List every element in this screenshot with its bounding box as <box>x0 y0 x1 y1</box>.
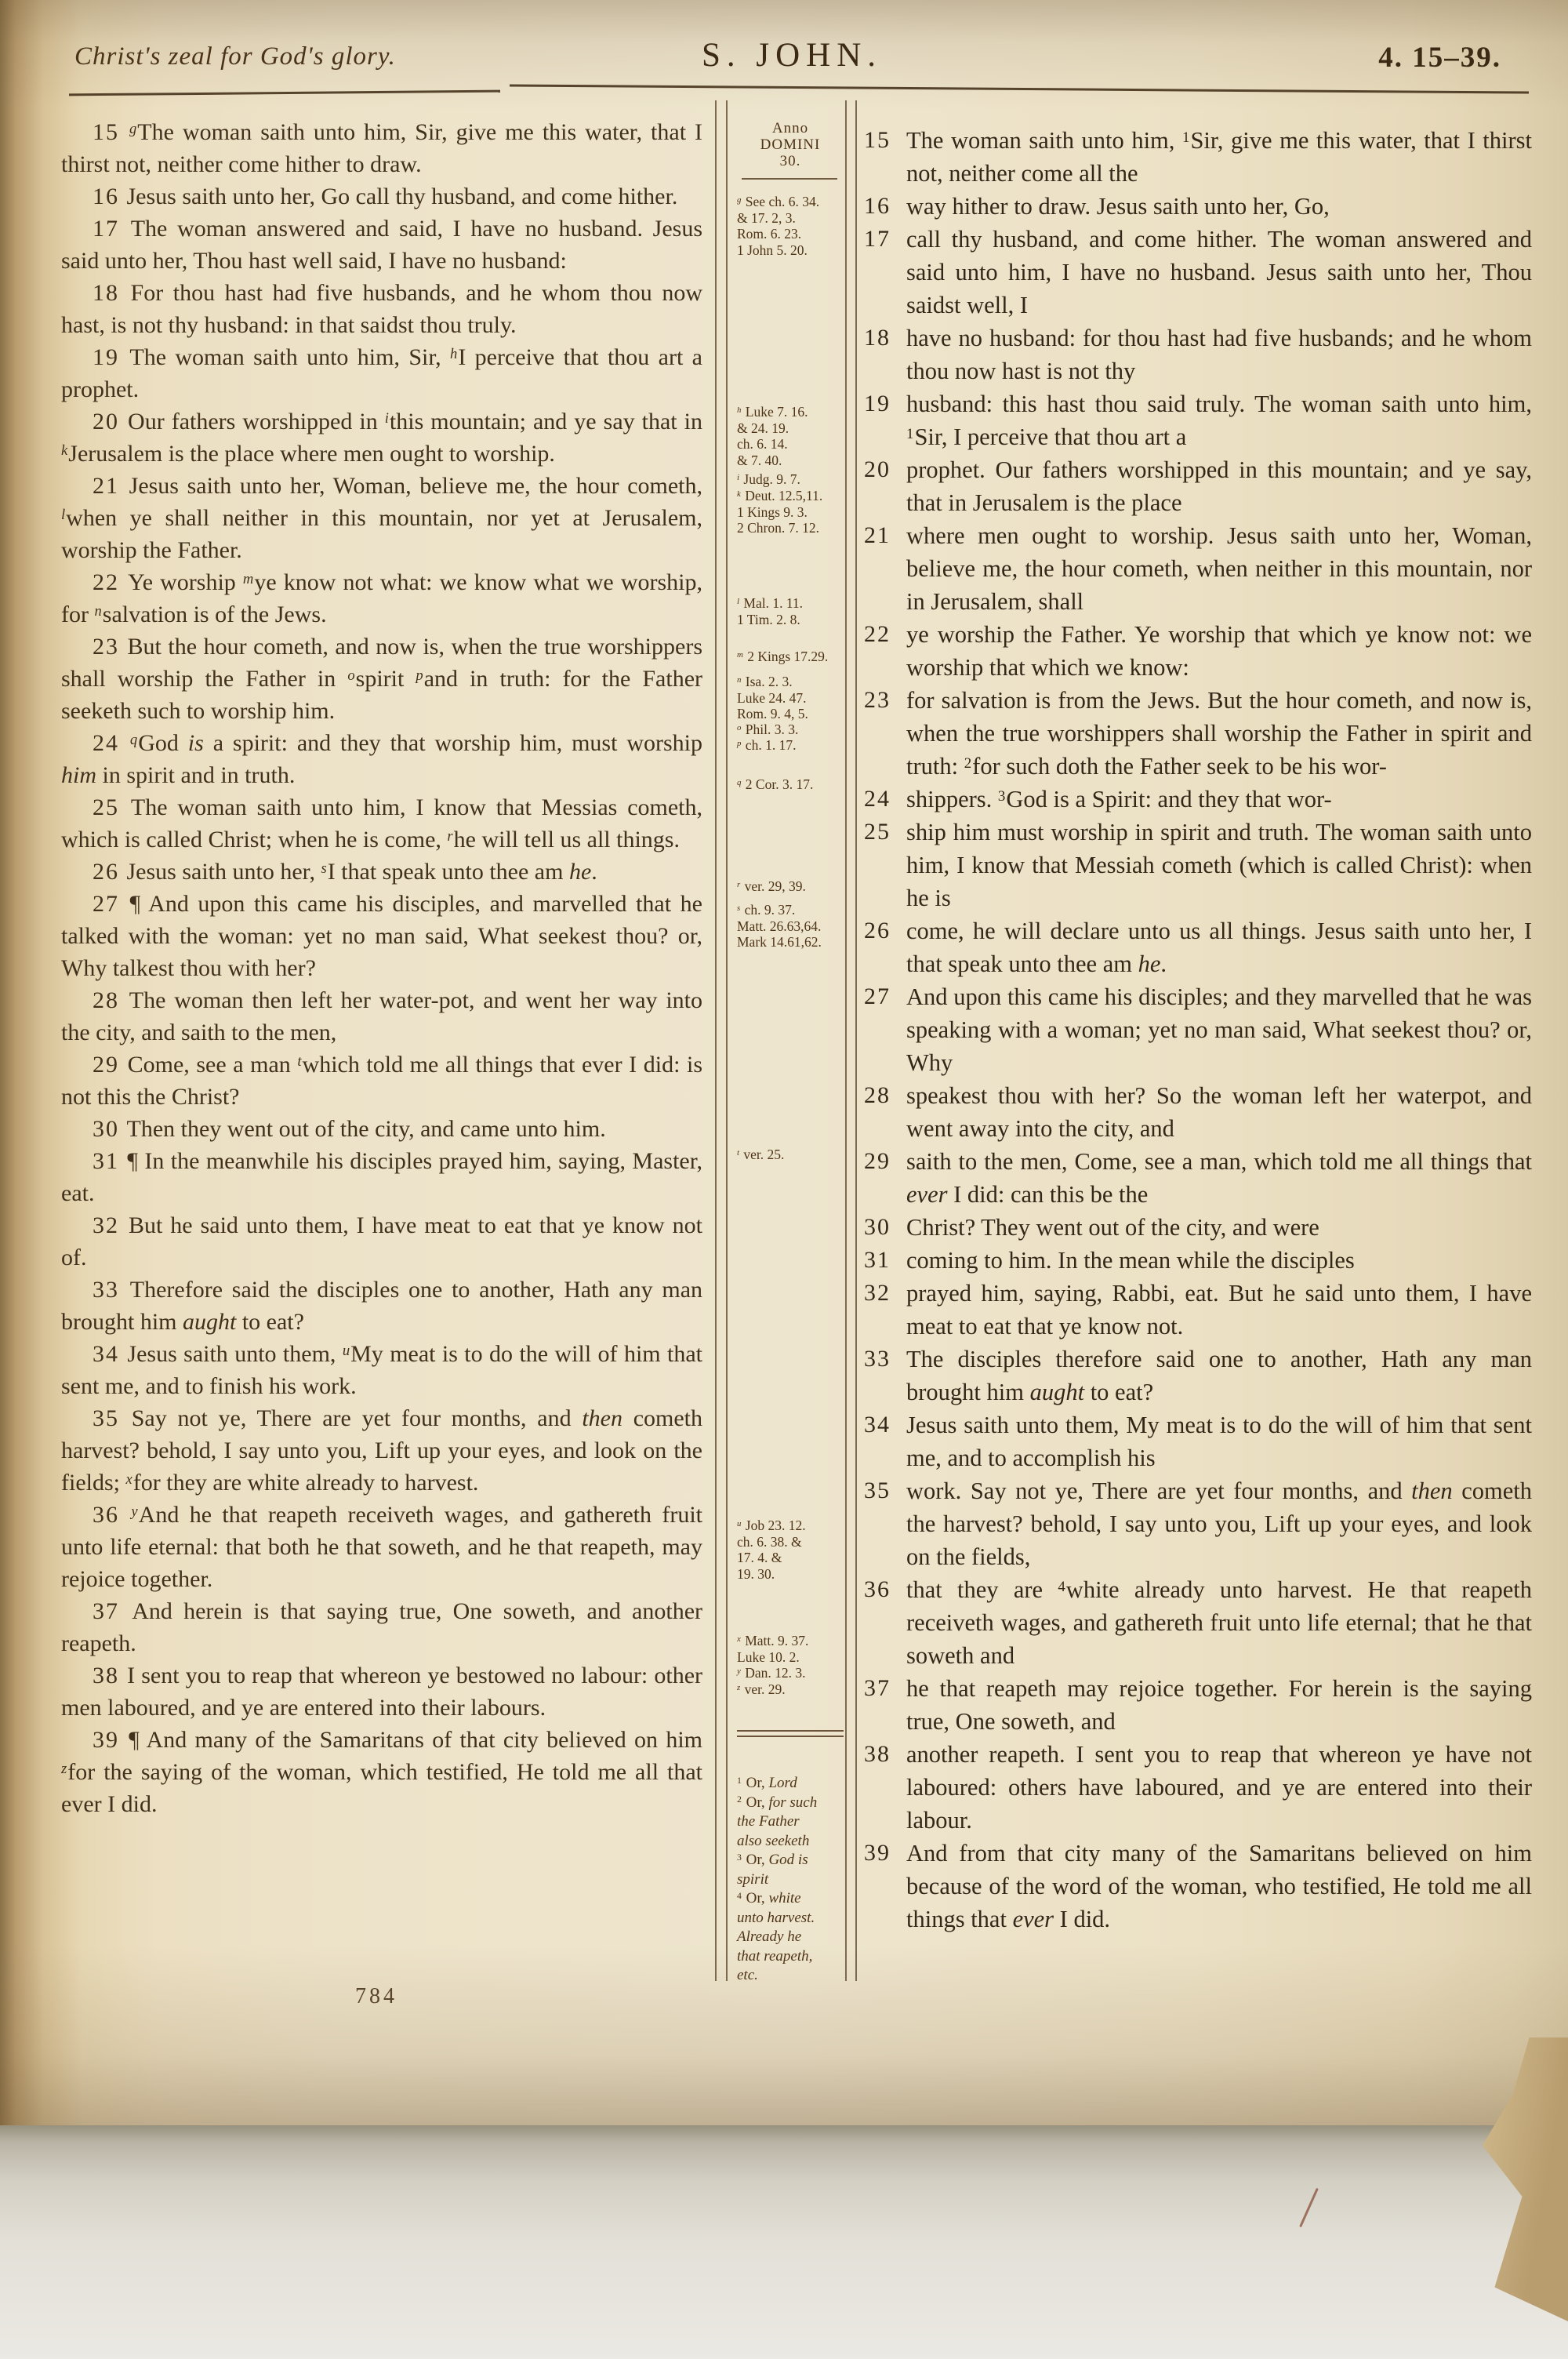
verse-number: 22 <box>864 618 906 651</box>
cross-reference-group: u Job 23. 12. ch. 6. 38. & 17. 4. & 19. … <box>737 1518 851 1582</box>
rv-verse-18: 18have no husband: for thou hast had fiv… <box>864 322 1532 387</box>
kjv-verse-29: 29 Come, see a man twhich told me all th… <box>61 1049 702 1113</box>
verse-text: saith to the men, Come, see a man, which… <box>906 1145 1532 1211</box>
rv-verse-23: 23for salvation is from the Jews. But th… <box>864 684 1532 783</box>
verse-number: 27 <box>93 891 130 917</box>
verse-number: 38 <box>93 1663 127 1688</box>
verse-number: 30 <box>864 1211 906 1244</box>
verse-text: The woman saith unto him, 1Sir, give me … <box>906 124 1532 190</box>
cross-reference-group: i Judg. 9. 7. <box>737 471 851 488</box>
verse-number: 28 <box>93 987 129 1013</box>
kjv-verse-23: 23 But the hour cometh, and now is, when… <box>61 631 702 727</box>
notes-divider-rule <box>737 1736 844 1737</box>
kjv-verse-38: 38 I sent you to reap that whereon ye be… <box>61 1659 702 1724</box>
kjv-verse-28: 28 The woman then left her water-pot, an… <box>61 984 702 1049</box>
kjv-verse-20: 20 Our fathers worshipped in ithis mount… <box>61 405 702 470</box>
verse-number: 26 <box>93 859 127 885</box>
verse-number: 25 <box>93 794 131 820</box>
kjv-verse-15: 15 gThe woman saith unto him, Sir, give … <box>61 116 702 180</box>
verse-number: 39 <box>864 1837 906 1870</box>
verse-number: 16 <box>864 190 906 223</box>
rv-verse-30: 30Christ? They went out of the city, and… <box>864 1211 1532 1244</box>
verse-number: 23 <box>93 634 128 660</box>
kjv-verse-35: 35 Say not ye, There are yet four months… <box>61 1402 702 1499</box>
verse-number: 37 <box>93 1598 132 1624</box>
verse-number: 15 <box>93 119 129 145</box>
verse-number: 30 <box>93 1116 127 1142</box>
rv-verse-22: 22ye worship the Father. Ye worship that… <box>864 618 1532 684</box>
kjv-verse-25: 25 The woman saith unto him, I know that… <box>61 791 702 856</box>
header-rule <box>510 84 1529 93</box>
running-head-left: Christ's zeal for God's glory. <box>74 42 396 71</box>
verse-number: 33 <box>93 1277 130 1303</box>
verse-text: work. Say not ye, There are yet four mon… <box>906 1474 1532 1573</box>
kjv-verse-24: 24 qGod is a spirit: and they that worsh… <box>61 727 702 791</box>
verse-number: 37 <box>864 1672 906 1705</box>
translator-notes: 1 Or, Lord 2 Or, for such the Father als… <box>737 1774 851 1986</box>
verse-text: way hither to draw. Jesus saith unto her… <box>906 190 1532 223</box>
verse-text: another reapeth. I sent you to reap that… <box>906 1738 1532 1837</box>
rv-verse-15: 15The woman saith unto him, 1Sir, give m… <box>864 124 1532 190</box>
rv-verse-38: 38another reapeth. I sent you to reap th… <box>864 1738 1532 1837</box>
rv-verse-31: 31coming to him. In the mean while the d… <box>864 1244 1532 1277</box>
rv-verse-26: 26come, he will declare unto us all thin… <box>864 914 1532 980</box>
anno-domini-label: Anno DOMINI 30. <box>735 120 845 169</box>
verse-number: 24 <box>93 730 130 756</box>
verse-number: 29 <box>864 1145 906 1178</box>
rv-verse-34: 34Jesus saith unto them, My meat is to d… <box>864 1408 1532 1474</box>
rv-verse-39: 39And from that city many of the Samarit… <box>864 1837 1532 1936</box>
verse-text: And upon this came his disciples; and th… <box>906 980 1532 1079</box>
kjv-verse-34: 34 Jesus saith unto them, uMy meat is to… <box>61 1338 702 1402</box>
anno-rule <box>742 178 837 180</box>
verse-text: shippers. 3God is a Spirit: and they tha… <box>906 783 1532 816</box>
verse-number: 32 <box>93 1212 129 1238</box>
cross-reference-group: m 2 Kings 17.29. <box>737 649 851 665</box>
column-divider <box>726 100 728 1981</box>
verse-number: 39 <box>93 1727 129 1753</box>
verse-text: husband: this hast thou said truly. The … <box>906 387 1532 453</box>
kjv-verse-31: 31 ¶ In the meanwhile his disciples pray… <box>61 1145 702 1209</box>
verse-number: 22 <box>93 569 128 595</box>
rv-verse-19: 19husband: this hast thou said truly. Th… <box>864 387 1532 453</box>
rv-verse-27: 27And upon this came his disciples; and … <box>864 980 1532 1079</box>
verse-text: Christ? They went out of the city, and w… <box>906 1211 1532 1244</box>
kjv-verse-17: 17 The woman answered and said, I have n… <box>61 213 702 277</box>
verse-number: 36 <box>93 1502 131 1528</box>
cross-reference-group: p ch. 1. 17. <box>737 737 851 754</box>
verse-text: And from that city many of the Samaritan… <box>906 1837 1532 1936</box>
cross-reference-group: x Matt. 9. 37. Luke 10. 2. y Dan. 12. 3.… <box>737 1633 851 1697</box>
cross-reference-group: o Phil. 3. 3. <box>737 722 851 738</box>
verse-number: 34 <box>93 1341 127 1367</box>
verse-number: 24 <box>864 783 906 816</box>
verse-number: 32 <box>864 1277 906 1310</box>
notes-divider-rule <box>737 1730 844 1732</box>
cross-reference-group: s ch. 9. 37. Matt. 26.63,64. Mark 14.61,… <box>737 902 851 951</box>
verse-number: 21 <box>864 519 906 552</box>
verse-number: 27 <box>864 980 906 1013</box>
verse-number: 16 <box>93 184 127 209</box>
rv-verse-17: 17call thy husband, and come hither. The… <box>864 223 1532 322</box>
kjv-verse-26: 26 Jesus saith unto her, sI that speak u… <box>61 856 702 888</box>
verse-number: 31 <box>93 1148 127 1174</box>
cross-reference-group: g See ch. 6. 34. & 17. 2, 3. Rom. 6. 23.… <box>737 194 851 258</box>
page-number: 784 <box>298 1984 455 2009</box>
verse-text: he that reapeth may rejoice together. Fo… <box>906 1672 1532 1738</box>
verse-number: 36 <box>864 1573 906 1606</box>
column-divider <box>715 100 717 1981</box>
verse-number: 15 <box>864 124 906 157</box>
cross-reference-group: k Deut. 12.5,11. 1 Kings 9. 3. 2 Chron. … <box>737 488 851 536</box>
verse-number: 29 <box>93 1052 128 1078</box>
kjv-verse-19: 19 The woman saith unto him, Sir, hI per… <box>61 341 702 405</box>
verse-number: 25 <box>864 816 906 849</box>
kjv-verse-18: 18 For thou hast had five husbands, and … <box>61 277 702 341</box>
verse-number: 19 <box>93 344 129 370</box>
kjv-column: 15 gThe woman saith unto him, Sir, give … <box>61 116 702 1820</box>
kjv-verse-39: 39 ¶ And many of the Samaritans of that … <box>61 1724 702 1820</box>
verse-number: 31 <box>864 1244 906 1277</box>
verse-text: call thy husband, and come hither. The w… <box>906 223 1532 322</box>
verse-text: The disciples therefore said one to anot… <box>906 1343 1532 1408</box>
verse-text: prayed him, saying, Rabbi, eat. But he s… <box>906 1277 1532 1343</box>
cross-reference-group: n Isa. 2. 3. Luke 24. 47. Rom. 9. 4, 5. <box>737 674 851 722</box>
cross-reference-group: t ver. 25. <box>737 1147 851 1163</box>
cross-reference-group: q 2 Cor. 3. 17. <box>737 776 851 793</box>
verse-number: 26 <box>864 914 906 947</box>
rv-verse-36: 36that they are 4white already unto harv… <box>864 1573 1532 1672</box>
kjv-verse-21: 21 Jesus saith unto her, Woman, believe … <box>61 470 702 566</box>
kjv-verse-22: 22 Ye worship mye know not what: we know… <box>61 566 702 631</box>
verse-number: 17 <box>864 223 906 256</box>
rv-verse-28: 28speakest thou with her? So the woman l… <box>864 1079 1532 1145</box>
kjv-verse-32: 32 But he said unto them, I have meat to… <box>61 1209 702 1274</box>
header-rule <box>69 90 500 96</box>
verse-text: ye worship the Father. Ye worship that w… <box>906 618 1532 684</box>
verse-number: 35 <box>864 1474 906 1507</box>
verse-text: Jesus saith unto them, My meat is to do … <box>906 1408 1532 1474</box>
kjv-verse-16: 16 Jesus saith unto her, Go call thy hus… <box>61 180 702 213</box>
book-page: Christ's zeal for God's glory. S. JOHN. … <box>0 0 1568 2125</box>
verse-number: 19 <box>864 387 906 420</box>
kjv-verse-36: 36 yAnd he that reapeth receiveth wages,… <box>61 1499 702 1595</box>
rv-verse-33: 33The disciples therefore said one to an… <box>864 1343 1532 1408</box>
rv-verse-20: 20prophet. Our fathers worshipped in thi… <box>864 453 1532 519</box>
kjv-verse-30: 30 Then they went out of the city, and c… <box>61 1113 702 1145</box>
column-divider <box>855 100 857 1981</box>
verse-number: 18 <box>93 280 131 306</box>
verse-text: ship him must worship in spirit and trut… <box>906 816 1532 914</box>
rv-verse-21: 21where men ought to worship. Jesus sait… <box>864 519 1532 618</box>
rv-column: 15The woman saith unto him, 1Sir, give m… <box>864 124 1532 1936</box>
verse-number: 35 <box>93 1405 132 1431</box>
verse-text: come, he will declare unto us all things… <box>906 914 1532 980</box>
rv-verse-24: 24shippers. 3God is a Spirit: and they t… <box>864 783 1532 816</box>
verse-number: 20 <box>864 453 906 486</box>
verse-number: 23 <box>864 684 906 717</box>
rv-verse-37: 37he that reapeth may rejoice together. … <box>864 1672 1532 1738</box>
verse-text: speakest thou with her? So the woman lef… <box>906 1079 1532 1145</box>
verse-number: 20 <box>93 409 128 434</box>
rv-verse-32: 32prayed him, saying, Rabbi, eat. But he… <box>864 1277 1532 1343</box>
rv-verse-16: 16way hither to draw. Jesus saith unto h… <box>864 190 1532 223</box>
cross-reference-group: r ver. 29, 39. <box>737 878 851 895</box>
verse-text: prophet. Our fathers worshipped in this … <box>906 453 1532 519</box>
verse-number: 34 <box>864 1408 906 1441</box>
verse-text: have no husband: for thou hast had five … <box>906 322 1532 387</box>
verse-number: 28 <box>864 1079 906 1112</box>
verse-text: for salvation is from the Jews. But the … <box>906 684 1532 783</box>
verse-text: where men ought to worship. Jesus saith … <box>906 519 1532 618</box>
scan-background <box>0 2125 1568 2359</box>
verse-number: 33 <box>864 1343 906 1376</box>
verse-text: that they are 4white already unto harves… <box>906 1573 1532 1672</box>
verse-number: 21 <box>93 473 129 499</box>
rv-verse-29: 29saith to the men, Come, see a man, whi… <box>864 1145 1532 1211</box>
kjv-verse-33: 33 Therefore said the disciples one to a… <box>61 1274 702 1338</box>
rv-verse-35: 35work. Say not ye, There are yet four m… <box>864 1474 1532 1573</box>
running-head-right: 4. 15–39. <box>1378 41 1501 75</box>
verse-number: 38 <box>864 1738 906 1771</box>
verse-number: 17 <box>93 216 131 242</box>
kjv-verse-37: 37 And herein is that saying true, One s… <box>61 1595 702 1659</box>
cross-reference-group: l Mal. 1. 11. 1 Tim. 2. 8. <box>737 595 851 627</box>
verse-number: 18 <box>864 322 906 354</box>
cross-reference-group: h Luke 7. 16. & 24. 19. ch. 6. 14. & 7. … <box>737 404 851 468</box>
verse-text: coming to him. In the mean while the dis… <box>906 1244 1532 1277</box>
references-column: Anno DOMINI 30. g See ch. 6. 34. & 17. 2… <box>735 0 853 2117</box>
kjv-verse-27: 27 ¶ And upon this came his disciples, a… <box>61 888 702 984</box>
rv-verse-25: 25ship him must worship in spirit and tr… <box>864 816 1532 914</box>
